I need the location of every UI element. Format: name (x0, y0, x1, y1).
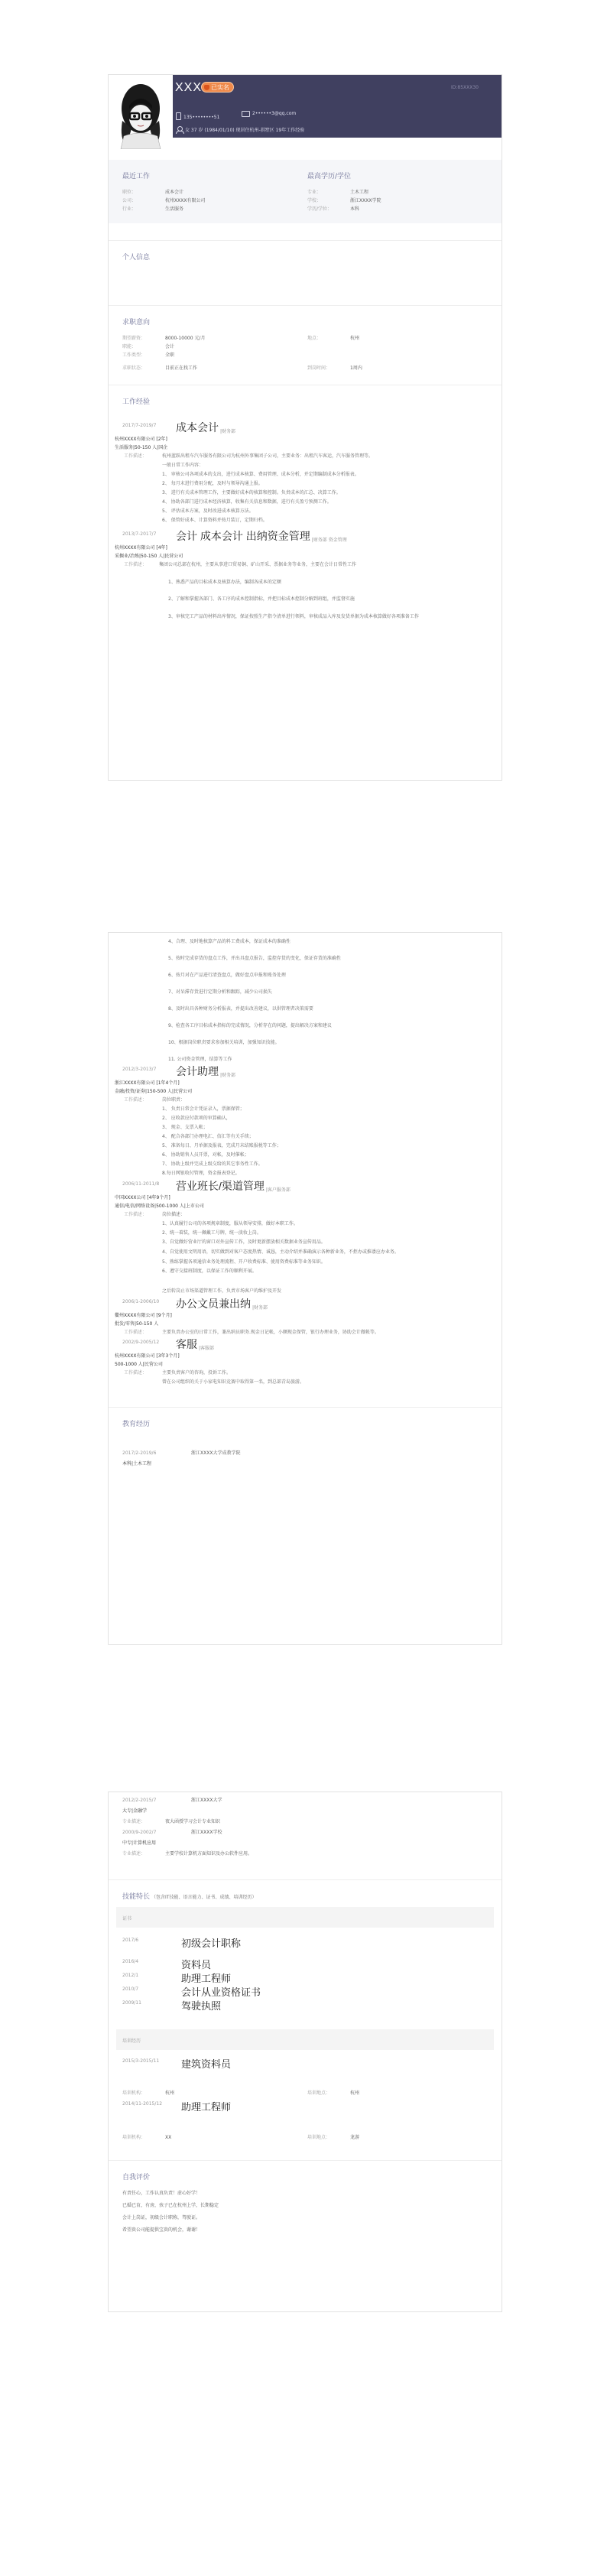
resume-page-1: XXX 已实名 ID:85XXX30 135••••••••51 2••••••… (108, 74, 502, 781)
job-entry: 2006/11-2011/8 营业班长/渠道管理 |客户服务部 中国XXXX公司… (109, 1178, 502, 1296)
job-dept: |财务部 (220, 427, 235, 434)
desc-line: 4、 配合各部门办理电汇、信汇等有关手续； (162, 1132, 502, 1142)
job-dept: |财务部 (252, 1304, 268, 1311)
desc-line: 3、 现金、支票入帐； (162, 1123, 502, 1132)
desc-line: 岗位职责： (162, 1096, 502, 1105)
work-experience-section: 工作经验 2017/7-2019/7 成本会计 |财务部 杭州XXXX有限公司 … (109, 385, 502, 622)
desc-line: 4、自觉使用文明用语，切实做到对客户态度热情、诚恳，主动介绍并准确演示各种新业务… (162, 1247, 485, 1258)
job-dept: |财务部 资金管理 (312, 536, 347, 543)
desc-line: 3、自觉做好营业厅的窗口对外宣传工作，及时更新摆放相关数据业务宣传用品。 (162, 1238, 485, 1247)
job-dept: |客服部 (199, 1344, 214, 1351)
major-desc-label: 专业描述： (122, 1849, 165, 1860)
edu-date: 2000/9-2002/7 (122, 1827, 191, 1838)
training-date: 2014/11-2015/12 (109, 2099, 181, 2107)
cert-name: 驾驶执照 (181, 1998, 221, 2012)
summary-panel: 最近工作 职位：成本会计 公司：杭州XXXX有限公司 行业：生活服务 最高学历/… (109, 160, 502, 223)
field-label: 职位： (122, 188, 165, 197)
cert-date: 2016/4 (109, 1957, 181, 1964)
desc-line: 6、按月对在产品进行清查盘点，做好盘点申报和账务处理 (168, 971, 479, 979)
desc-line: 4、合理、及时地核算产品的料工费成本，保证成本的准确性 (168, 937, 479, 946)
desc-line: 8.每日网银收付管理，资金报表登记。 (162, 1169, 502, 1178)
education-entry: 2017/2-2019/6浙江XXXX大学成教学院 本科|土木工程 (122, 1448, 488, 1470)
self-eval-title: 自我评价 (122, 2172, 488, 2181)
desc-line: 1、 负责日常会计凭证录入，票据保管； (162, 1105, 502, 1114)
desc-line: 集团公司总部在杭州，主要从事进口贸易铜、矿山开采、票据业务等业务，主要在会计日常… (159, 560, 502, 569)
resume-page-3: 2012/2-2015/7浙江XXXX大学 大专|金融学 专业描述：夜大函授学习… (108, 1792, 502, 2312)
phone-icon (176, 112, 181, 120)
highest-edu-title: 最高学历/学位 (307, 171, 381, 180)
desc-line: 8、及时出具各种财务分析报表，并提出改善建议，以供管理者决策需要 (168, 1005, 479, 1013)
desc-line: 岗位描述： (162, 1210, 485, 1220)
job-intention-section: 求职意向 期望薪资：8000-10000 元/月 地点：杭州 职能：会计 工作类… (109, 305, 502, 385)
job-meta: 通信/电信/网络设备|500-1000 人|上市公司 (109, 1202, 502, 1210)
desc-line: 5、按时完成存货的盘点工作，并出具盘点报告，监控存货的变化，保证存货的准确性 (168, 954, 479, 963)
job-meta: 采掘业/冶炼|50-150 人|民营公司 (109, 552, 502, 560)
desc-line: 9、检查各工序目标成本指标的完成情况，分析存在的问题，提出解决方案和建议 (168, 1022, 479, 1030)
cert-date: 2009/11 (109, 1998, 181, 2006)
desc-label: 工作描述： (111, 1096, 159, 1178)
desc-label: 工作描述： (111, 1369, 159, 1387)
basic-info: 女 37 岁 (1984/01/10) 现居住杭州-拱墅区 19年工作经验 (176, 126, 304, 133)
job-company: 中国XXXX公司 [4年9个月] (109, 1194, 502, 1202)
skills-title: 技能特长 (122, 1891, 150, 1901)
job-entry: 2017/7-2019/7 成本会计 |财务部 杭州XXXX有限公司 [2年] … (109, 420, 502, 525)
training-place-label: 培训地点： (307, 2088, 350, 2099)
arrival-value: 1周内 (350, 364, 362, 372)
job-date: 2006/11-2011/8 (109, 1178, 176, 1187)
desc-line: 6、遵守交接班制度，以保证工作的顺利开展。 (162, 1267, 485, 1276)
major-desc: 夜大函授学习会计专业知识 (165, 1817, 220, 1827)
desc-line: 5、 评估成本方案，及时改进成本核算方法。 (162, 507, 502, 516)
desc-line: 1、 审核公司各项成本的支出，进行成本核算、费用管理、成本分析，并定期编制成本分… (162, 470, 502, 479)
desc-line: 2、统一着装，统一佩戴工号牌，统一淡妆上岗。 (162, 1229, 485, 1238)
self-eval-line: 希望贵公司能提供宝贵的机会，谢谢！ (122, 2224, 488, 2237)
self-eval-line: 有责任心，工作认真负责！虚心好学！ (122, 2188, 488, 2200)
education-title: 教育经历 (122, 1418, 488, 1428)
job-intention-title: 求职意向 (122, 317, 488, 326)
certificates-list: 2017/6初级会计职称 2016/4资料员 2012/1助理工程师 2010/… (109, 1935, 502, 2019)
job-company: 杭州XXXX有限公司 [3年3个月] (109, 1352, 502, 1360)
desc-line: 4、 协助各部门进行成本经济核算，收集有关信息和数据，进行有关盈亏预测工作。 (162, 498, 502, 507)
training-place-label: 培训地点： (307, 2133, 350, 2143)
field-value: 杭州XXXX有限公司 (165, 197, 205, 205)
desc-line: 一般日常工作内容： (162, 461, 502, 470)
arrival-label: 到岗时间： (307, 364, 350, 372)
job-entry: 2002/9-2005/12 客服 |客服部 杭州XXXX有限公司 [3年3个月… (109, 1337, 502, 1387)
job-dept: |客户服务部 (266, 1186, 291, 1193)
field-label: 学校： (307, 197, 350, 205)
education-section: 教育经历 2017/2-2019/6浙江XXXX大学成教学院 本科|土木工程 (109, 1407, 502, 1470)
education-entry: 2000/9-2002/7浙江XXXX学校 中专|计算机应用 专业描述：主要学校… (122, 1827, 488, 1860)
basic-info-text: 女 37 岁 (1984/01/10) 现居住杭州-拱墅区 19年工作经验 (185, 126, 304, 133)
certificate-item: 2017/6初级会计职称 (109, 1935, 502, 1957)
job-title: 办公文员兼出纳 (176, 1296, 251, 1311)
desc-line: 6、 保管好成本、计算资料并按月装订，定期归档。 (162, 516, 502, 525)
desc-line: 主要负责客户的咨询，投诉工作。 (162, 1369, 502, 1378)
phone-contact: 135••••••••51 (176, 112, 219, 120)
desc-line: 3、 进行有关成本管理工作，主要做好成本的核算和控制。负责成本的汇总、决算工作。 (162, 489, 502, 498)
desc-label: 工作描述： (111, 1328, 159, 1337)
desc-line: 2、了解和掌握各部门、各工序的成本控制指标，并把目标成本控制分解到班组，并监督实… (168, 595, 479, 603)
desc-line: 1、认真履行公司的各项规章制度，服从领导安排，做好本职工作。 (162, 1220, 485, 1229)
job-meta: 生活服务|50-150 人|国企 (109, 443, 502, 452)
header-band: XXX 已实名 ID:85XXX30 135••••••••51 2••••••… (173, 75, 502, 138)
edu-degree: 本科|土木工程 (122, 1459, 151, 1470)
edu-school: 浙江XXXX大学 (191, 1795, 222, 1806)
job-company: 浙江XXXX有限公司 [1年4个月] (109, 1079, 502, 1087)
job-title: 客服 (176, 1337, 197, 1352)
candidate-name: XXX (175, 81, 202, 95)
training-name: 建筑资料员 (181, 2056, 231, 2071)
field-label: 专业： (307, 188, 350, 197)
job-entry: 2012/3-2013/7 会计助理 |财务部 浙江XXXX有限公司 [1年4个… (109, 1064, 502, 1178)
education-entry: 2012/2-2015/7浙江XXXX大学 大专|金融学 专业描述：夜大函授学习… (122, 1795, 488, 1827)
phone-number: 135••••••••51 (183, 115, 219, 120)
job-meta: 金融/投资/证券|150-500 人|民营公司 (109, 1087, 502, 1096)
cert-date: 2017/6 (109, 1935, 181, 1943)
resume-page-2: 4、合理、及时地核算产品的料工费成本，保证成本的准确性 5、按时完成存货的盘点工… (108, 932, 502, 1645)
cert-name: 会计从业资格证书 (181, 1984, 261, 1999)
training-org-label: 培训机构： (122, 2133, 165, 2143)
skills-subtitle: （包含IT技能、语言能力、证书、成绩、培训经历） (151, 1893, 256, 1900)
desc-label: 工作描述： (111, 1210, 159, 1296)
job-date: 2012/3-2013/7 (109, 1064, 176, 1072)
desc-line: 6、 协助销售人员开票，对帐，及时催帐； (162, 1151, 502, 1160)
desc-line: 7、 协助上级并完成上级交给的其它事务性工作。 (162, 1160, 502, 1169)
salary-value: 8000-10000 元/月 (165, 334, 205, 343)
training-header: 培训经历 (116, 2029, 494, 2050)
verified-badge: 已实名 (201, 82, 234, 93)
self-eval-line: 会计上岗证，初级会计职称，驾驶证。 (122, 2212, 488, 2224)
training-name: 助理工程师 (181, 2099, 231, 2113)
job-meta: 批发/零售|50-150 人 (109, 1320, 502, 1328)
desc-line: 之后转岗止市场渠道管理工作，负责市场客户的维护及开发 (162, 1287, 485, 1296)
field-label: 行业： (122, 205, 165, 213)
desc-line: 10、根据岗位职责要求参加相关培训，加强知识技能。 (168, 1038, 479, 1047)
training-date: 2015/3-2015/11 (109, 2056, 181, 2064)
person-icon (176, 126, 183, 133)
personal-info-title: 个人信息 (122, 252, 488, 261)
job-date: 2017/7-2019/7 (109, 420, 176, 428)
status-value: 目前正在找工作 (165, 364, 197, 372)
field-value: 成本会计 (165, 188, 183, 197)
desc-line: 3、审核完工产品的材料出库情况，保证按照生产指令清单进行领料，审核成品入库及发货… (168, 612, 479, 622)
cert-date: 2010/7 (109, 1984, 181, 1992)
job-title: 会计助理 (176, 1064, 219, 1079)
desc-line: 5、熟练掌握各项通信业务处理流程、开户收费标准、使用资费标准等业务知识。 (162, 1258, 485, 1267)
desc-label: 工作描述： (111, 560, 159, 569)
training-org: 杭州 (165, 2088, 174, 2099)
job-title: 会计 成本会计 出纳资金管理 (176, 528, 310, 544)
job-dept: |财务部 (220, 1071, 235, 1078)
job-date: 2002/9-2005/12 (109, 1337, 176, 1345)
highest-education: 最高学历/学位 专业：土木工程 学校：浙江XXXX学院 学历/学位：本科 (307, 171, 381, 213)
edu-school: 浙江XXXX学校 (191, 1827, 222, 1838)
avatar-illustration-icon (109, 75, 173, 149)
status-label: 求职状态： (122, 364, 165, 372)
field-value: 生活服务 (165, 205, 183, 213)
desc-line: 主要负责办公室的日常工作，兼出纳员职务.现金日记帐，小额现金保管，银行办理业务，… (159, 1328, 502, 1337)
skills-section: 技能特长 （包含IT技能、语言能力、证书、成绩、培训经历） 证书 2017/6初… (109, 1879, 502, 2160)
avatar (109, 75, 173, 149)
email-contact: 2••••••3@qq.com (242, 111, 296, 117)
job-title: 成本会计 (176, 420, 219, 435)
field-label: 公司： (122, 197, 165, 205)
edu-date: 2017/2-2019/6 (122, 1448, 191, 1459)
desc-line: 7、对呆滞存货进行定期分析和跟踪，减少公司损失 (168, 988, 479, 996)
job-title: 营业班长/渠道管理 (176, 1178, 265, 1194)
desc-line: 5、 准备每日、月单据及报表，完成月末结账报税等工作； (162, 1142, 502, 1151)
field-value: 本科 (350, 205, 359, 213)
training-entry: 2015/3-2015/11建筑资料员 培训机构：杭州 培训地点：杭州 (109, 2056, 502, 2099)
training-org-label: 培训机构： (122, 2088, 165, 2099)
cert-name: 助理工程师 (181, 1970, 231, 1985)
resume-header: XXX 已实名 ID:85XXX30 135••••••••51 2••••••… (109, 75, 502, 149)
certificates-header: 证书 (116, 1907, 494, 1928)
edu-date: 2012/2-2015/7 (122, 1795, 191, 1806)
personal-info-section: 个人信息 (109, 240, 502, 305)
job-entry: 2013/7-2017/7 会计 成本会计 出纳资金管理 |财务部 资金管理 杭… (109, 528, 502, 622)
job-company: 衢州XXXX有限公司 [9个月] (109, 1311, 502, 1320)
training-entry: 2014/11-2015/12助理工程师 培训机构：XX 培训地点：龙游 (109, 2099, 502, 2143)
training-org: XX (165, 2133, 171, 2143)
job-entry: 2006/1-2006/10 办公文员兼出纳 |财务部 衢州XXXX有限公司 [… (109, 1296, 502, 1337)
desc-line: 11. 公司资金管理，结算等工作 (168, 1055, 479, 1064)
location-label: 地点： (307, 334, 350, 343)
training-place: 杭州 (350, 2088, 359, 2099)
major-desc-label: 专业描述： (122, 1817, 165, 1827)
cert-name: 初级会计职称 (181, 1935, 241, 1950)
field-value: 土木工程 (350, 188, 368, 197)
recent-work-title: 最近工作 (122, 171, 205, 180)
location-value: 杭州 (350, 334, 359, 343)
desc-line: 曾在公司组织的关于小家电知识竞赛中取得第一名，到总部青岛旅游。 (162, 1378, 502, 1387)
desc-line: 2、 应收款应付款项的审算确认， (162, 1114, 502, 1123)
job-type-value: 全职 (165, 351, 174, 359)
self-eval-line: 已婚已育，有房，孩子已在杭州上学，长期稳定 (122, 2200, 488, 2212)
resume-id: ID:85XXX30 (451, 85, 479, 90)
training-place: 龙游 (350, 2133, 359, 2143)
edu-degree: 中专|计算机应用 (122, 1838, 156, 1849)
edu-school: 浙江XXXX大学成教学院 (191, 1448, 240, 1459)
major-desc: 主要学校计算机方面知识及办公软件应用。 (165, 1849, 252, 1860)
edu-degree: 大专|金融学 (122, 1806, 147, 1817)
verified-label: 已实名 (211, 83, 229, 92)
function-label: 职能： (122, 343, 165, 351)
job-type-label: 工作类型： (122, 351, 165, 359)
field-label: 学历/学位： (307, 205, 350, 213)
mail-icon (242, 111, 250, 117)
desc-line: 杭州蓝跃出租车汽车服务有限公司为杭州外事集团子公司，主要业务：出租汽车客运，汽车… (162, 452, 502, 461)
job-company: 杭州XXXX有限公司 [2年] (109, 435, 502, 443)
job-company: 杭州XXXX有限公司 [4年] (109, 544, 502, 552)
desc-line: 1、熟悉产品的目标成本及核算办法，编制各成本的定额 (168, 578, 479, 586)
field-value: 浙江XXXX学院 (350, 197, 381, 205)
job-date: 2013/7-2017/7 (109, 528, 176, 537)
cert-name: 资料员 (181, 1957, 211, 1971)
work-experience-title: 工作经验 (109, 396, 502, 406)
salary-label: 期望薪资： (122, 334, 165, 343)
function-value: 会计 (165, 343, 174, 351)
recent-work: 最近工作 职位：成本会计 公司：杭州XXXX有限公司 行业：生活服务 (122, 171, 205, 213)
job-meta: 500-1000 人|民营公司 (109, 1360, 502, 1369)
desc-line: 2、 每月末进行费用分配，及时与领导沟通上报。 (162, 479, 502, 489)
email-address: 2••••••3@qq.com (252, 111, 296, 116)
desc-label: 工作描述： (111, 452, 159, 525)
shield-icon (204, 85, 209, 90)
certificate-item: 2009/11驾驶执照 (109, 1998, 502, 2019)
cert-date: 2012/1 (109, 1970, 181, 1978)
self-evaluation-section: 自我评价 有责任心，工作认真负责！虚心好学！ 已婚已育，有房，孩子已在杭州上学，… (109, 2160, 502, 2237)
job-date: 2006/1-2006/10 (109, 1296, 176, 1304)
